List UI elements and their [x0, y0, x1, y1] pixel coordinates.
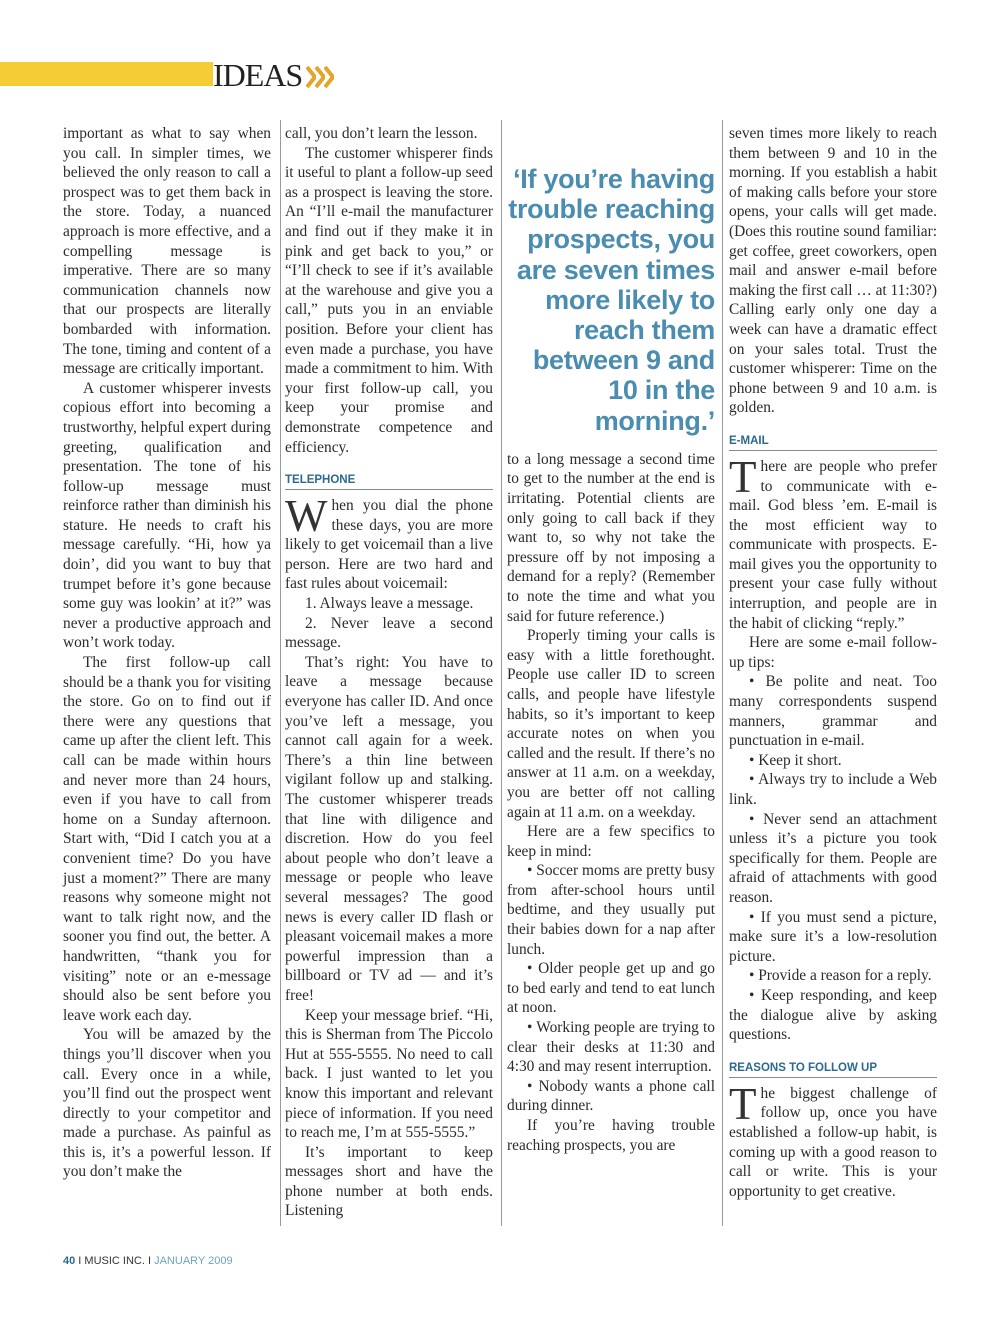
section-title: IDEAS: [213, 59, 302, 91]
paragraph: Keep your message brief. “Hi, this is Sh…: [285, 1006, 493, 1143]
paragraph: seven times more likely to reach them be…: [729, 124, 937, 418]
column-divider: [501, 120, 502, 1226]
article-column-2: call, you don’t learn the lesson. The cu…: [285, 124, 493, 1221]
bullet-item: • Working people are trying to clear the…: [507, 1018, 715, 1077]
dropcap: T: [729, 1086, 757, 1122]
article-column-4: seven times more likely to reach them be…: [729, 124, 937, 1201]
bullet-item: • Be polite and neat. Too many correspon…: [729, 672, 937, 750]
paragraph: important as what to say when you call. …: [63, 124, 271, 379]
section-heading-email: E-MAIL: [729, 434, 937, 451]
section-header: IDEAS: [213, 55, 333, 91]
column-divider: [280, 120, 281, 1226]
numbered-rule: 1. Always leave a message.: [285, 594, 493, 614]
page-footer: 40 I MUSIC INC. I JANUARY 2009: [63, 1255, 233, 1267]
paragraph: Here are a few specifics to keep in mind…: [507, 822, 715, 861]
dropcap: W: [285, 498, 327, 534]
paragraph: Here are some e-mail follow-up tips:: [729, 633, 937, 672]
issue-date: JANUARY 2009: [154, 1255, 232, 1267]
paragraph: The customer whisperer finds it useful t…: [285, 144, 493, 458]
bullet-item: • Soccer moms are pretty busy from after…: [507, 861, 715, 959]
dropcap-paragraph: There are people who prefer to communica…: [729, 457, 937, 633]
numbered-rule: 2. Never leave a second message.: [285, 614, 493, 653]
bullet-item: • Older people get up and go to bed earl…: [507, 959, 715, 1018]
paragraph: You will be amazed by the things you’ll …: [63, 1025, 271, 1182]
bullet-item: • Keep responding, and keep the dialogue…: [729, 986, 937, 1045]
article-column-3: ‘If you’re having trouble reaching prosp…: [507, 124, 715, 1155]
paragraph: to a long message a second time to get t…: [507, 450, 715, 626]
bullet-item: • Always try to include a Web link.: [729, 770, 937, 809]
paragraph: If you’re having trouble reaching prospe…: [507, 1116, 715, 1155]
dropcap-paragraph: When you dial the phone these days, you …: [285, 496, 493, 594]
triple-chevron-right-icon: [306, 66, 333, 88]
dropcap-paragraph: The biggest challenge of follow up, once…: [729, 1084, 937, 1202]
paragraph: A customer whisperer invests copious eff…: [63, 379, 271, 653]
paragraph: call, you don’t learn the lesson.: [285, 124, 493, 144]
bullet-item: • If you must send a picture, make sure …: [729, 908, 937, 967]
header-accent-bar: [0, 62, 213, 86]
paragraph: That’s right: You have to leave a messag…: [285, 653, 493, 1006]
page-number: 40: [63, 1255, 75, 1267]
bullet-item: • Provide a reason for a reply.: [729, 966, 937, 986]
paragraph: It’s important to keep messages short an…: [285, 1143, 493, 1221]
pull-quote: ‘If you’re having trouble reaching prosp…: [507, 164, 715, 436]
bullet-item: • Never send an attachment unless it’s a…: [729, 810, 937, 908]
column-divider: [722, 120, 723, 1226]
section-heading-reasons: REASONS TO FOLLOW UP: [729, 1061, 937, 1078]
section-heading-telephone: TELEPHONE: [285, 473, 493, 490]
bullet-item: • Keep it short.: [729, 751, 937, 771]
bullet-item: • Nobody wants a phone call during dinne…: [507, 1077, 715, 1116]
dropcap: T: [729, 459, 757, 495]
paragraph: The first follow-up call should be a tha…: [63, 653, 271, 1025]
article-column-1: important as what to say when you call. …: [63, 124, 271, 1182]
publication-name: MUSIC INC.: [84, 1255, 145, 1267]
paragraph: Properly timing your calls is easy with …: [507, 626, 715, 822]
